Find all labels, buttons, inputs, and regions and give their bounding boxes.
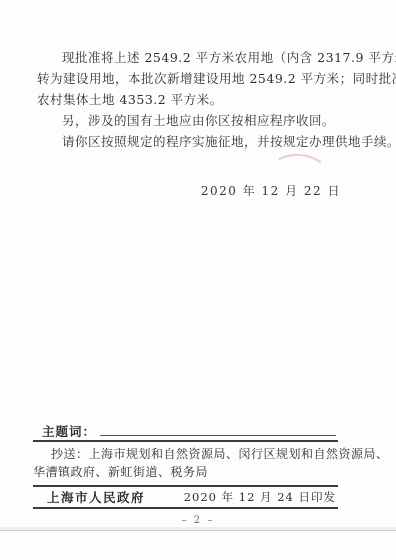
print-date: 2020 年 12 月 24 日印发	[184, 489, 336, 505]
subject-keywords-label: 主题词：	[42, 422, 96, 440]
scan-fold-line	[0, 527, 396, 531]
issuer-name: 上海市人民政府	[47, 488, 145, 506]
paragraph-3: 请你区按照规定的程序实施征地，并按规定办理供地手续。	[37, 131, 361, 152]
document-footer: 主题词： 抄送：上海市规划和自然资源局、闵行区规划和自然资源局、 华漕镇政府、新…	[33, 420, 338, 509]
paragraph-2: 另，涉及的国有土地应由你区按相应程序收回。	[37, 110, 361, 131]
paragraph-1-line-1: 现批准将上述 2549.2 平方米农用地（内含 2317.9 平方米耕地）	[37, 47, 361, 68]
cc-line-2: 华漕镇政府、新虹街道、税务局	[33, 463, 338, 481]
cc-line-1: 抄送：上海市规划和自然资源局、闵行区规划和自然资源局、	[33, 445, 338, 463]
document-body: 现批准将上述 2549.2 平方米农用地（内含 2317.9 平方米耕地） 转为…	[37, 47, 361, 152]
signature-date: 2020 年 12 月 22 日	[201, 182, 341, 199]
page-number: – 2 –	[0, 515, 396, 526]
cc-block: 抄送：上海市规划和自然资源局、闵行区规划和自然资源局、 华漕镇政府、新虹街道、税…	[33, 442, 338, 487]
issuer-row: 上海市人民政府 2020 年 12 月 24 日印发	[33, 487, 338, 509]
scanned-document-page: 现批准将上述 2549.2 平方米农用地（内含 2317.9 平方米耕地） 转为…	[0, 0, 396, 560]
paragraph-1-line-3: 农村集体土地 4353.2 平方米。	[37, 89, 361, 110]
subject-keywords-row: 主题词：	[33, 420, 338, 442]
paragraph-1-line-2: 转为建设用地，本批次新增建设用地 2549.2 平方米；同时批准征收	[37, 68, 361, 89]
subject-blank-underline	[100, 434, 336, 436]
